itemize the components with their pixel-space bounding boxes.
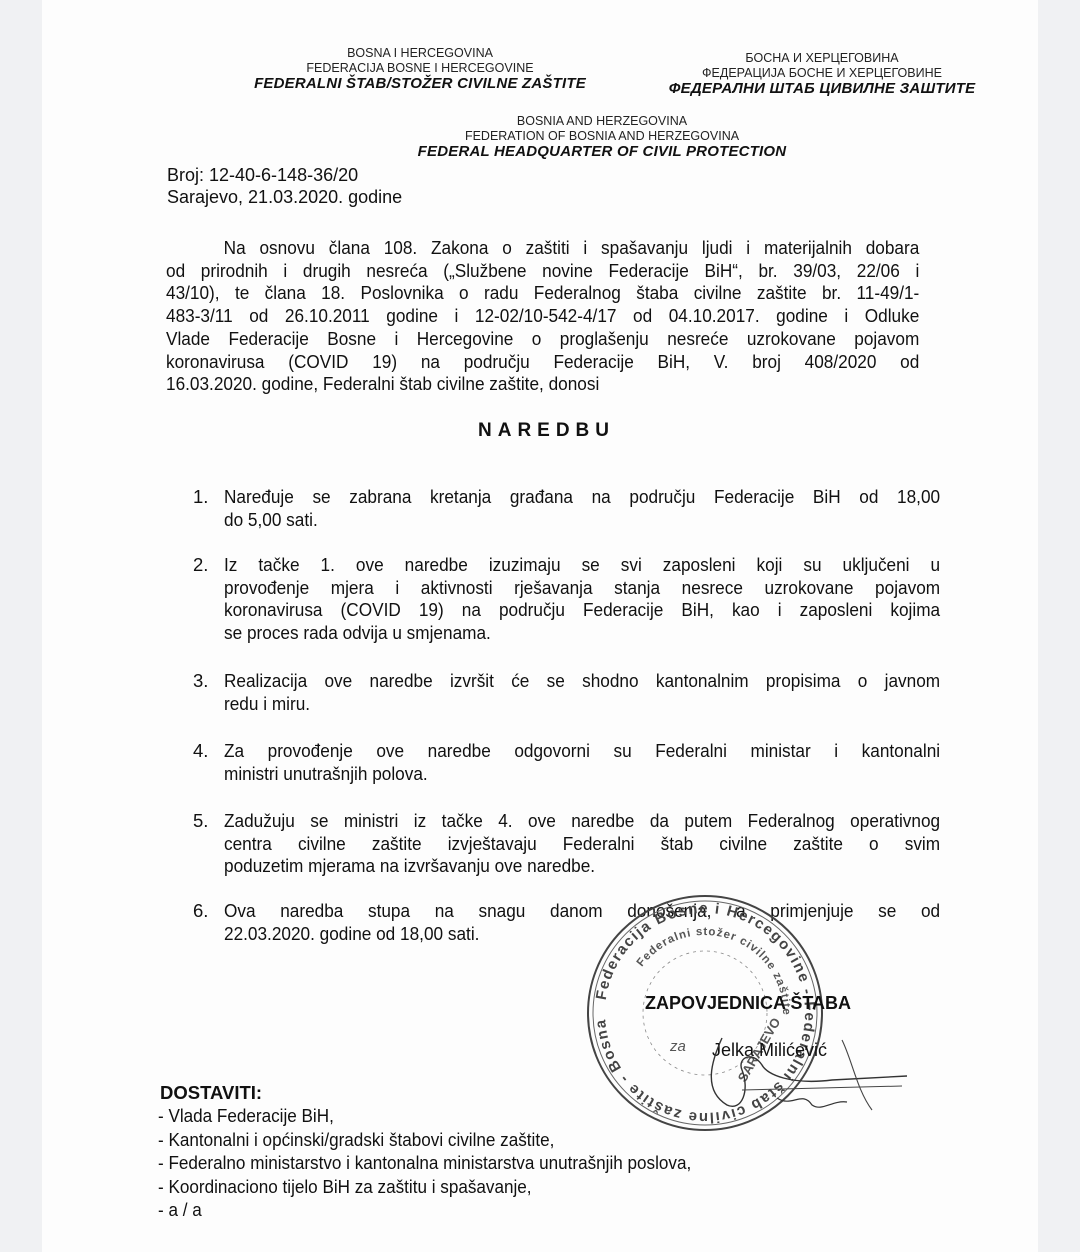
item-text: Iz tačke 1. ove naredbe izuzimaju se svi… <box>224 554 940 645</box>
distribution-item: - Koordinaciono tijelo BiH za zaštitu i … <box>158 1176 691 1200</box>
item-number: 5. <box>193 810 208 832</box>
distribution-item: - Federalno ministarstvo i kantonalna mi… <box>158 1152 691 1176</box>
header-center-line2: FEDERATION OF BOSNIA AND HERZEGOVINA <box>402 129 802 144</box>
preamble-line: Na osnovu člana 108. Zakona o zaštiti i … <box>166 237 919 260</box>
item-line: Ova naredba stupa na snagu danom donošen… <box>224 900 940 923</box>
item-text: Za provođenje ove naredbe odgovorni su F… <box>224 740 940 785</box>
item-line: se proces rada odvija u smjenama. <box>224 622 940 645</box>
item-line: ministri unutrašnjih polova. <box>224 763 940 786</box>
header-center: BOSNIA AND HERZEGOVINA FEDERATION OF BOS… <box>402 114 802 160</box>
item-line: provođenje mjera i aktivnosti rješavanja… <box>224 577 940 600</box>
distribution-heading: DOSTAVITI: <box>160 1082 262 1104</box>
distribution-list: - Vlada Federacije BiH, - Kantonalni i o… <box>158 1105 691 1223</box>
item-text: Zadužuju se ministri iz tačke 4. ove nar… <box>224 810 940 878</box>
header-left-line3: FEDERALNI ŠTAB/STOŽER CIVILNE ZAŠTITE <box>254 75 586 92</box>
item-line: do 5,00 sati. <box>224 509 940 532</box>
item-line: Naređuje se zabrana kretanja građana na … <box>224 486 940 509</box>
document-meta: Broj: 12-40-6-148-36/20 Sarajevo, 21.03.… <box>167 164 402 208</box>
header-right-line3: ФЕДЕРАЛНИ ШТАБ ЦИВИЛНЕ ЗАШТИТЕ <box>669 80 976 97</box>
header-left: BOSNA I HERCEGOVINA FEDERACIJA BOSNE I H… <box>240 46 600 92</box>
preamble-line: Vlade Federacije Bosne i Hercegovine o p… <box>166 328 919 351</box>
item-line: 22.03.2020. godine od 18,00 sati. <box>224 923 940 946</box>
header-center-line3: FEDERAL HEADQUARTER OF CIVIL PROTECTION <box>418 143 787 160</box>
item-text: Naređuje se zabrana kretanja građana na … <box>224 486 940 531</box>
document-page: BOSNA I HERCEGOVINA FEDERACIJA BOSNE I H… <box>42 0 1038 1252</box>
header-right: БОСНА И ХЕРЦЕГОВИНА ФЕДЕРАЦИЈА БОСНЕ И Х… <box>662 51 982 97</box>
item-number: 1. <box>193 486 208 508</box>
item-line: poduzetim mjerama na izvršavanju ove nar… <box>224 855 940 878</box>
item-number: 3. <box>193 670 208 692</box>
signature-role: ZAPOVJEDNICA ŠTABA <box>645 993 851 1014</box>
item-number: 2. <box>193 554 208 576</box>
preamble-line: 483-3/11 od 26.10.2011 godine i 12-02/10… <box>166 305 919 328</box>
header-right-line2: ФЕДЕРАЦИЈА БОСНЕ И ХЕРЦЕГОВИНЕ <box>662 66 982 81</box>
item-number: 4. <box>193 740 208 762</box>
header-left-line2: FEDERACIJA BOSNE I HERCEGOVINE <box>240 61 600 76</box>
preamble-line: koronavirusa (COVID 19) na području Fede… <box>166 351 919 374</box>
item-line: Zadužuju se ministri iz tačke 4. ove nar… <box>224 810 940 833</box>
header-center-line1: BOSNIA AND HERZEGOVINA <box>402 114 802 129</box>
item-line: centra civilne zaštite izvještavaju Fede… <box>224 833 940 856</box>
preamble-line: 16.03.2020. godine, Federalni štab civil… <box>166 373 919 396</box>
item-line: redu i miru. <box>224 693 940 716</box>
item-line: koronavirusa (COVID 19) na području Fede… <box>224 599 940 622</box>
distribution-item: - Kantonalni i općinski/gradski štabovi … <box>158 1129 691 1153</box>
item-text: Realizacija ove naredbe izvršit će se sh… <box>224 670 940 715</box>
item-line: Za provođenje ove naredbe odgovorni su F… <box>224 740 940 763</box>
preamble-line: 43/10), te člana 18. Poslovnika o radu F… <box>166 282 919 305</box>
item-line: Iz tačke 1. ove naredbe izuzimaju se svi… <box>224 554 940 577</box>
distribution-item: - Vlada Federacije BiH, <box>158 1105 691 1129</box>
item-text: Ova naredba stupa na snagu danom donošen… <box>224 900 940 945</box>
distribution-item: - a / a <box>158 1199 691 1223</box>
document-number: Broj: 12-40-6-148-36/20 <box>167 164 402 186</box>
preamble: Na osnovu člana 108. Zakona o zaštiti i … <box>166 237 919 396</box>
document-place-date: Sarajevo, 21.03.2020. godine <box>167 186 402 208</box>
item-line: Realizacija ove naredbe izvršit će se sh… <box>224 670 940 693</box>
item-number: 6. <box>193 900 208 922</box>
header-right-line1: БОСНА И ХЕРЦЕГОВИНА <box>662 51 982 66</box>
preamble-line: od prirodnih i drugih nesreća („Službene… <box>166 260 919 283</box>
handwritten-signature-icon <box>682 1030 912 1120</box>
header-left-line1: BOSNA I HERCEGOVINA <box>240 46 600 61</box>
document-title: NAREDBU <box>478 420 615 442</box>
